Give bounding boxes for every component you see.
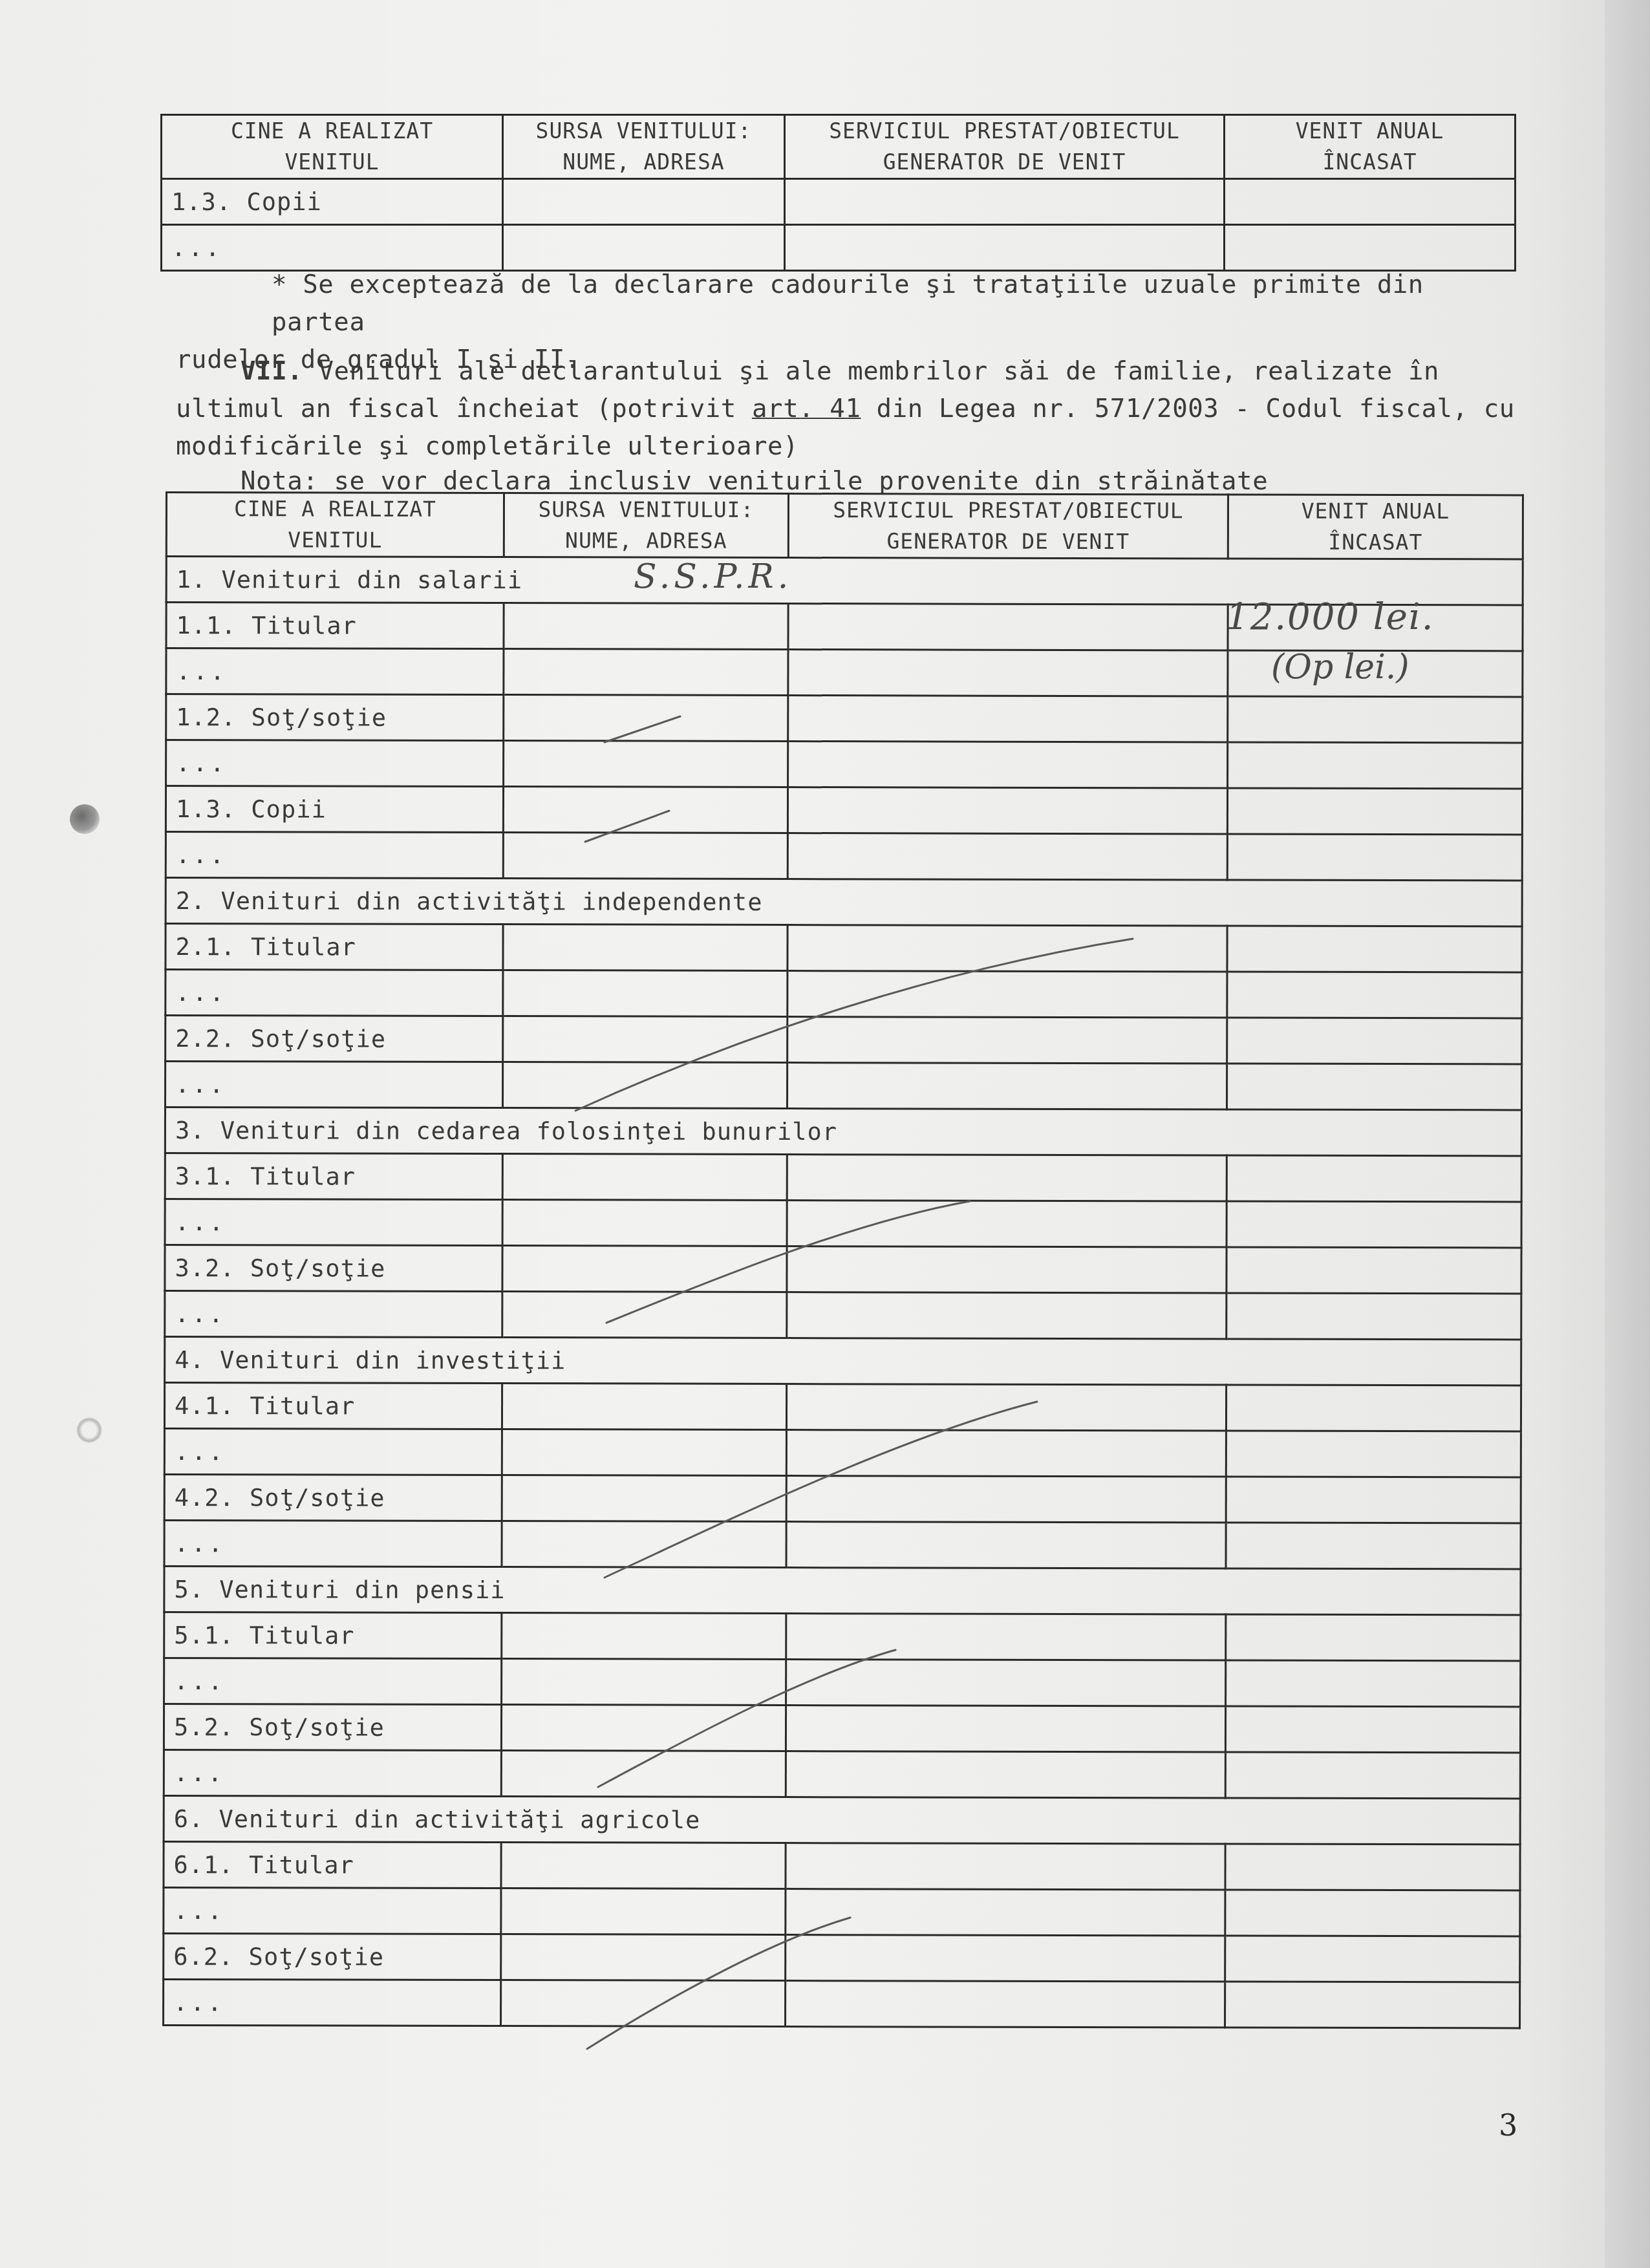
- footnote-line-1: * Se exceptează de la declarare cadouril…: [176, 266, 1521, 341]
- source-cell: [502, 1429, 786, 1476]
- service-cell: [786, 1384, 1226, 1431]
- row-label: ...: [164, 1749, 501, 1796]
- service-cell: [786, 1889, 1225, 1936]
- income-cell: [1227, 1247, 1521, 1294]
- income-cell: [1227, 926, 1522, 972]
- service-cell: [788, 742, 1228, 788]
- source-cell: [504, 649, 788, 696]
- punch-hole: [70, 804, 100, 834]
- row-label: ...: [164, 1658, 502, 1704]
- table-row: 2.2. Soţ/soţie: [166, 1016, 1522, 1064]
- source-cell: [502, 1200, 787, 1246]
- source-cell: [504, 695, 788, 742]
- section-row: 2. Venituri din activităţi independente: [166, 878, 1522, 926]
- income-cell: [1225, 1752, 1520, 1799]
- table-row: 1.2. Soţ/soţie: [166, 694, 1523, 743]
- source-cell: [502, 1521, 786, 1568]
- row-label: 4.2. Soţ/soţie: [164, 1474, 502, 1521]
- income-cell: [1226, 1614, 1521, 1661]
- source-cell: [501, 1705, 786, 1751]
- source-cell: [502, 1246, 787, 1292]
- source-cell: [502, 1292, 787, 1338]
- source-cell: [502, 1613, 786, 1660]
- header-who: CINE A REALIZATVENITUL: [162, 115, 503, 179]
- service-cell: [786, 1660, 1226, 1706]
- gifts-income-table: CINE A REALIZATVENITUL SURSA VENITULUI:N…: [160, 114, 1516, 272]
- income-cell: [1225, 1890, 1520, 1936]
- table-row: 4.2. Soţ/soţie: [164, 1474, 1521, 1523]
- income-cell: [1226, 1523, 1521, 1569]
- row-label: 3.2. Soţ/soţie: [165, 1245, 502, 1292]
- income-cell: [1227, 788, 1522, 835]
- header-who: CINE A REALIZATVENITUL: [166, 493, 504, 557]
- service-cell: [788, 650, 1228, 696]
- table-row: 3.2. Soţ/soţie: [165, 1245, 1521, 1294]
- service-cell: [786, 1522, 1226, 1568]
- source-cell: [503, 925, 787, 971]
- income-cell: [1227, 834, 1522, 881]
- row-label: ...: [162, 225, 503, 271]
- row-label: ...: [166, 970, 503, 1016]
- service-cell: [786, 1476, 1226, 1523]
- service-cell: [787, 1292, 1227, 1339]
- table-row: ...: [164, 1429, 1521, 1477]
- row-label: ...: [166, 740, 504, 787]
- law-article-link[interactable]: art. 41: [752, 394, 861, 423]
- section-title: 5. Venituri din pensii: [164, 1566, 1521, 1614]
- service-cell: [785, 225, 1225, 271]
- service-cell: [786, 1981, 1225, 2027]
- source-cell: [501, 1888, 786, 1935]
- service-cell: [787, 1246, 1227, 1293]
- table-row: 4.1. Titular: [164, 1383, 1521, 1431]
- table-row: ...: [164, 1979, 1520, 2027]
- table-row: ...: [166, 1062, 1522, 1110]
- table-row: ...: [166, 832, 1522, 881]
- row-label: ...: [164, 1520, 502, 1567]
- table-row: 6.1. Titular: [164, 1841, 1520, 1890]
- income-cell: [1225, 1936, 1520, 1982]
- punch-hole-mark: [76, 1417, 102, 1443]
- handwritten-source: S.S.P.R.: [634, 557, 792, 596]
- section-title: 6. Venituri din activităţi agricole: [164, 1795, 1520, 1844]
- table-row: ...: [165, 1199, 1521, 1248]
- section-row: 6. Venituri din activităţi agricole: [164, 1795, 1520, 1844]
- income-cell: [1228, 742, 1523, 789]
- table-header-row: CINE A REALIZATVENITUL SURSA VENITULUI:N…: [166, 493, 1523, 559]
- service-cell: [786, 1751, 1225, 1798]
- row-label: 1.3. Copii: [166, 786, 503, 833]
- source-cell: [501, 1980, 786, 2027]
- table-row: 5.1. Titular: [164, 1612, 1521, 1660]
- income-cell: [1227, 1018, 1522, 1064]
- source-cell: [503, 179, 785, 225]
- table-row: 6.2. Soţ/soţie: [164, 1933, 1520, 1982]
- source-cell: [502, 1475, 786, 1522]
- service-cell: [787, 1017, 1227, 1064]
- service-cell: [787, 971, 1227, 1018]
- source-cell: [503, 1062, 787, 1109]
- row-label: 2.1. Titular: [166, 924, 503, 970]
- income-cell: [1227, 972, 1522, 1018]
- handwritten-amount: 12.000 lei.: [1226, 596, 1435, 638]
- income-cell: [1225, 1706, 1520, 1753]
- source-cell: [503, 833, 787, 879]
- row-label: 1.1. Titular: [166, 603, 504, 649]
- source-cell: [502, 1384, 786, 1430]
- service-cell: [787, 1201, 1227, 1247]
- header-source: SURSA VENITULUI:NUME, ADRESA: [504, 493, 788, 558]
- row-label: ...: [165, 1199, 502, 1246]
- income-cell: [1226, 1385, 1521, 1431]
- header-income: VENIT ANUALÎNCASAT: [1228, 495, 1523, 559]
- row-label: 3.1. Titular: [165, 1153, 502, 1200]
- service-cell: [787, 833, 1227, 880]
- source-cell: [501, 1751, 786, 1797]
- section-title: 3. Venituri din cedarea folosinţei bunur…: [165, 1107, 1521, 1156]
- table-row: ...: [166, 740, 1523, 789]
- source-cell: [502, 1659, 786, 1706]
- row-label: ...: [164, 1979, 501, 2026]
- table-row: ...: [164, 1887, 1520, 1936]
- section-row: 4. Venituri din investiţii: [165, 1337, 1521, 1385]
- table-row: ...: [164, 1749, 1520, 1798]
- source-cell: [501, 1843, 786, 1889]
- service-cell: [785, 179, 1225, 225]
- section-row: 3. Venituri din cedarea folosinţei bunur…: [165, 1107, 1521, 1156]
- table-row: 1.3. Copii: [162, 179, 1516, 225]
- page-number: 3: [1499, 2108, 1517, 2143]
- income-cell: [1225, 179, 1516, 225]
- row-label: 5.1. Titular: [164, 1612, 502, 1658]
- section-row: 5. Venituri din pensii: [164, 1566, 1521, 1614]
- source-cell: [504, 741, 788, 787]
- scan-edge-shadow: [1605, 0, 1650, 2268]
- income-cell: [1226, 1660, 1521, 1707]
- source-cell: [502, 1154, 787, 1201]
- header-income: VENIT ANUALÎNCASAT: [1225, 115, 1516, 179]
- row-label: 6.2. Soţ/soţie: [164, 1933, 501, 1980]
- row-label: 5.2. Soţ/soţie: [164, 1704, 501, 1750]
- table-row: ...: [166, 970, 1522, 1018]
- service-cell: [786, 1614, 1226, 1660]
- income-declaration-table: CINE A REALIZATVENITUL SURSA VENITULUI:N…: [162, 491, 1524, 2029]
- source-cell: [503, 787, 787, 833]
- section-vii-intro: VII. Venituri ale declarantului şi ale m…: [176, 353, 1521, 465]
- income-cell: [1225, 1844, 1520, 1890]
- table-row: ...: [162, 225, 1516, 271]
- source-cell: [504, 603, 788, 650]
- table-row: ...: [164, 1520, 1521, 1568]
- income-cell: [1225, 225, 1516, 271]
- row-label: 2.2. Soţ/soţie: [166, 1016, 503, 1062]
- service-cell: [788, 604, 1228, 650]
- service-cell: [787, 1155, 1227, 1201]
- income-cell: [1228, 696, 1523, 743]
- handwritten-amount-note: (Op lei.): [1271, 648, 1409, 687]
- row-label: 6.1. Titular: [164, 1841, 501, 1888]
- service-cell: [786, 1430, 1226, 1477]
- row-label: 4.1. Titular: [164, 1383, 502, 1429]
- row-label: ...: [164, 1429, 502, 1475]
- header-service: SERVICIUL PRESTAT/OBIECTULGENERATOR DE V…: [788, 494, 1228, 559]
- table-row: ...: [165, 1291, 1521, 1340]
- service-cell: [788, 696, 1228, 742]
- income-cell: [1227, 1201, 1521, 1248]
- table-row: 2.1. Titular: [166, 924, 1522, 972]
- table-row: 5.2. Soţ/soţie: [164, 1704, 1520, 1752]
- row-label: 1.3. Copii: [162, 179, 503, 225]
- row-label: ...: [166, 1062, 503, 1108]
- income-cell: [1227, 1155, 1521, 1202]
- header-service: SERVICIUL PRESTAT/OBIECTULGENERATOR DE V…: [785, 115, 1225, 179]
- income-cell: [1226, 1431, 1521, 1477]
- income-cell: [1227, 1293, 1521, 1340]
- source-cell: [501, 1934, 786, 1981]
- row-label: ...: [165, 1291, 502, 1338]
- row-label: ...: [164, 1887, 501, 1934]
- service-cell: [787, 787, 1227, 834]
- section-title: 2. Venituri din activităţi independente: [166, 878, 1522, 926]
- row-label: 1.2. Soţ/soţie: [166, 694, 504, 741]
- table-row: 1.3. Copii: [166, 786, 1522, 835]
- service-cell: [787, 1063, 1227, 1109]
- section-title: 4. Venituri din investiţii: [165, 1337, 1521, 1385]
- source-cell: [503, 225, 785, 271]
- row-label: ...: [166, 832, 503, 879]
- service-cell: [786, 1843, 1225, 1890]
- row-label: ...: [166, 648, 504, 695]
- service-cell: [787, 925, 1227, 972]
- table-row: ...: [164, 1658, 1521, 1706]
- income-cell: [1225, 1982, 1520, 2028]
- header-source: SURSA VENITULUI:NUME, ADRESA: [503, 115, 785, 179]
- service-cell: [786, 1706, 1225, 1752]
- source-cell: [503, 1016, 787, 1063]
- section-number: VII.: [176, 357, 303, 386]
- income-cell: [1227, 1064, 1522, 1110]
- income-cell: [1226, 1477, 1521, 1523]
- table-header-row: CINE A REALIZATVENITUL SURSA VENITULUI:N…: [162, 115, 1516, 179]
- source-cell: [503, 970, 787, 1017]
- service-cell: [786, 1935, 1225, 1982]
- table-row: 3.1. Titular: [165, 1153, 1521, 1202]
